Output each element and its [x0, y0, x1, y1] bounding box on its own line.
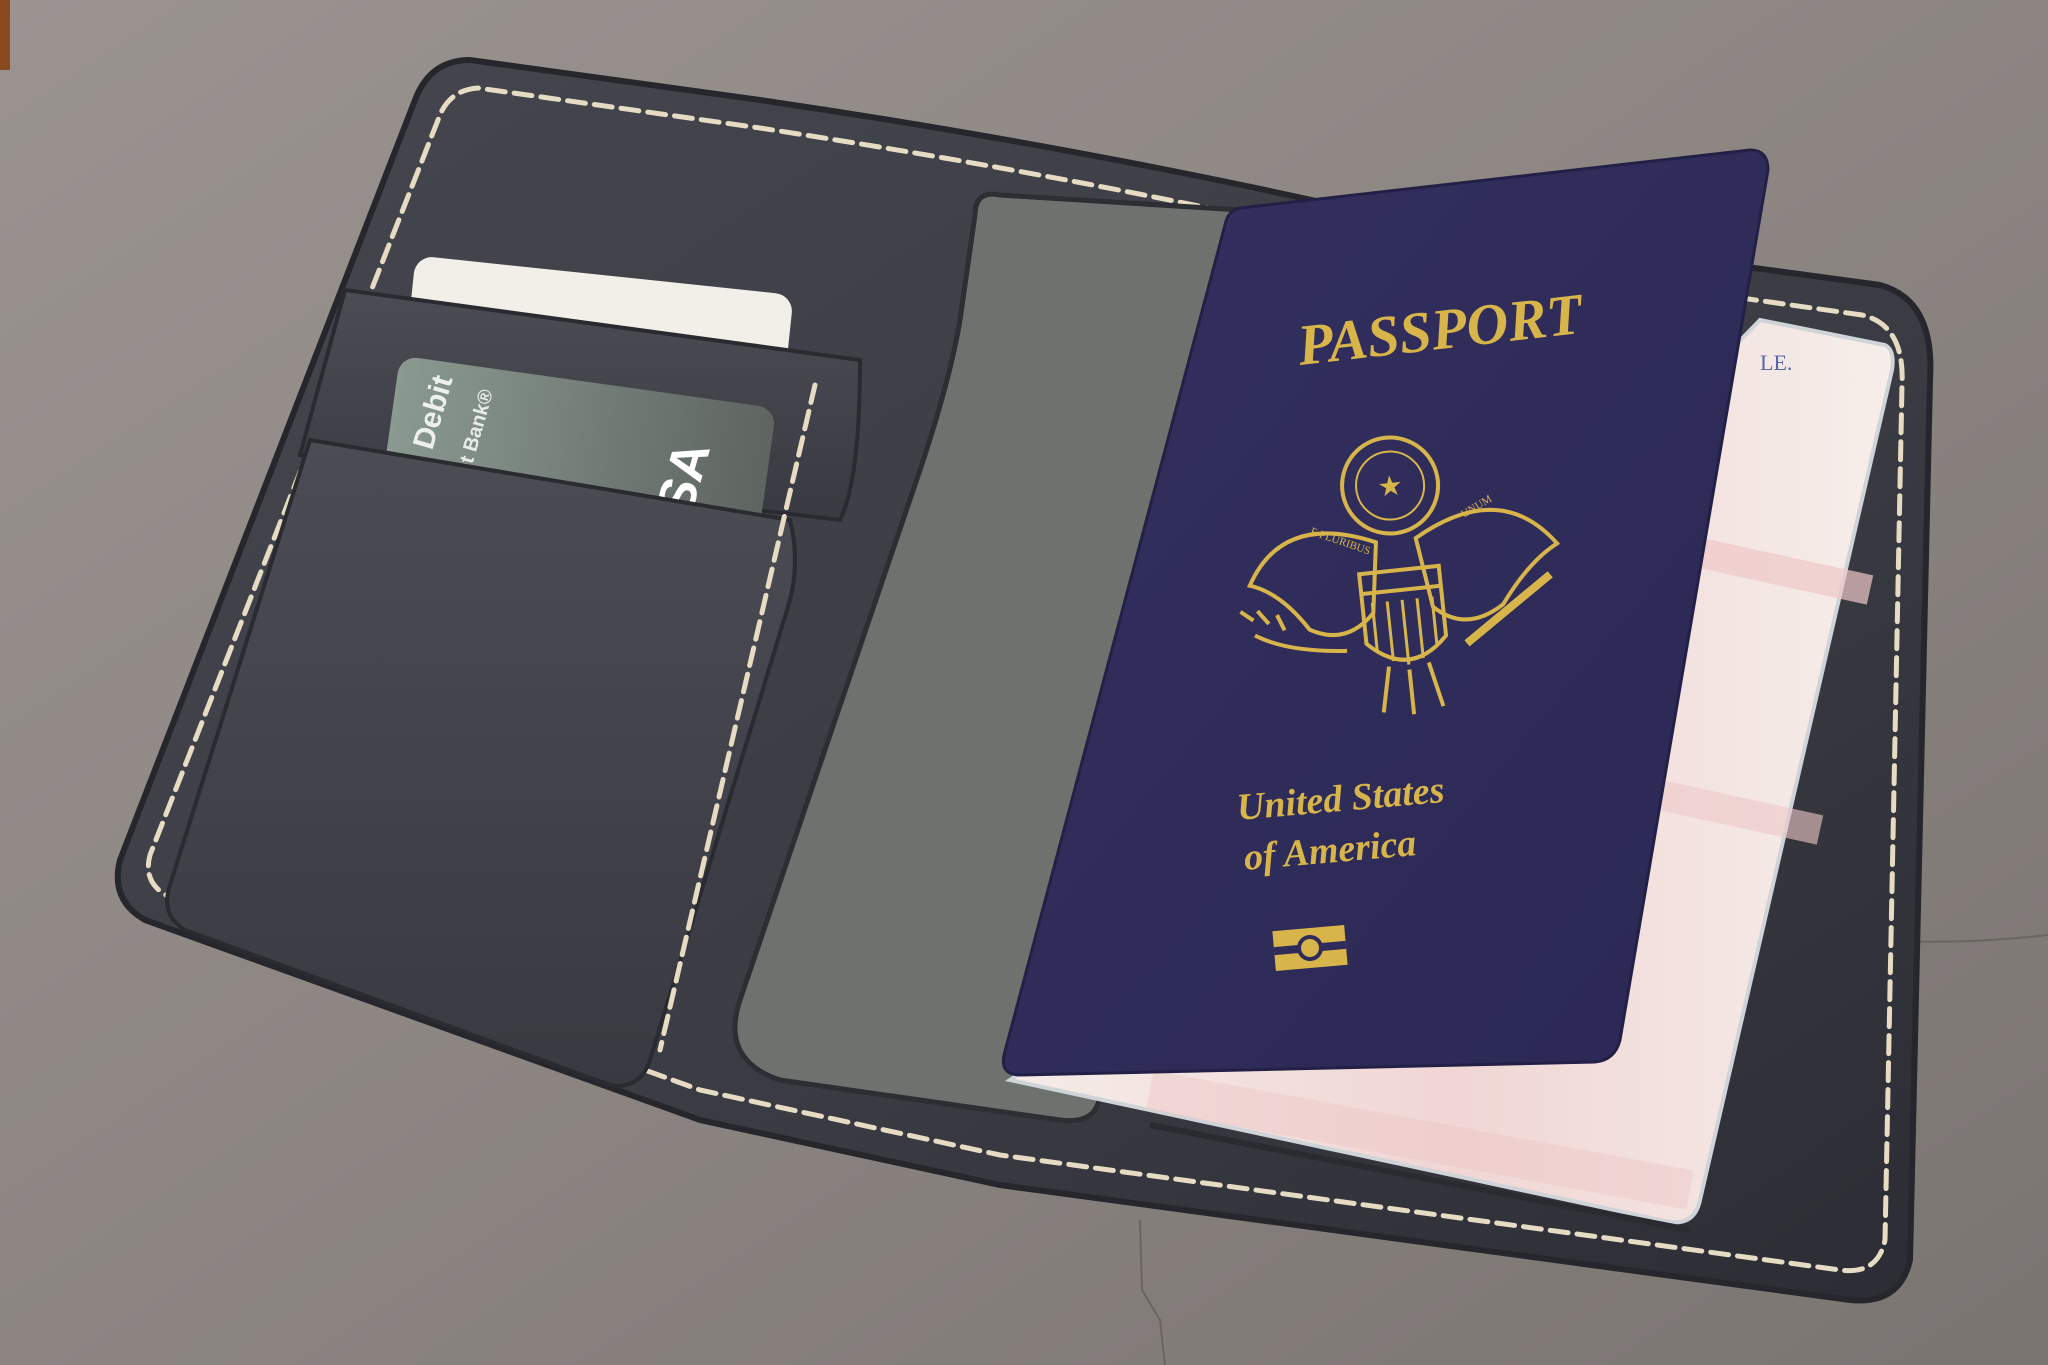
wooden-edge	[0, 0, 10, 70]
page-text: LE.	[1760, 350, 1792, 375]
svg-text:★: ★	[1376, 470, 1404, 503]
product-photo: ES 020 Debit nt Bank® 92 SA LE. PASSPORT	[0, 0, 2048, 1365]
e-passport-chip-icon	[1272, 925, 1347, 971]
